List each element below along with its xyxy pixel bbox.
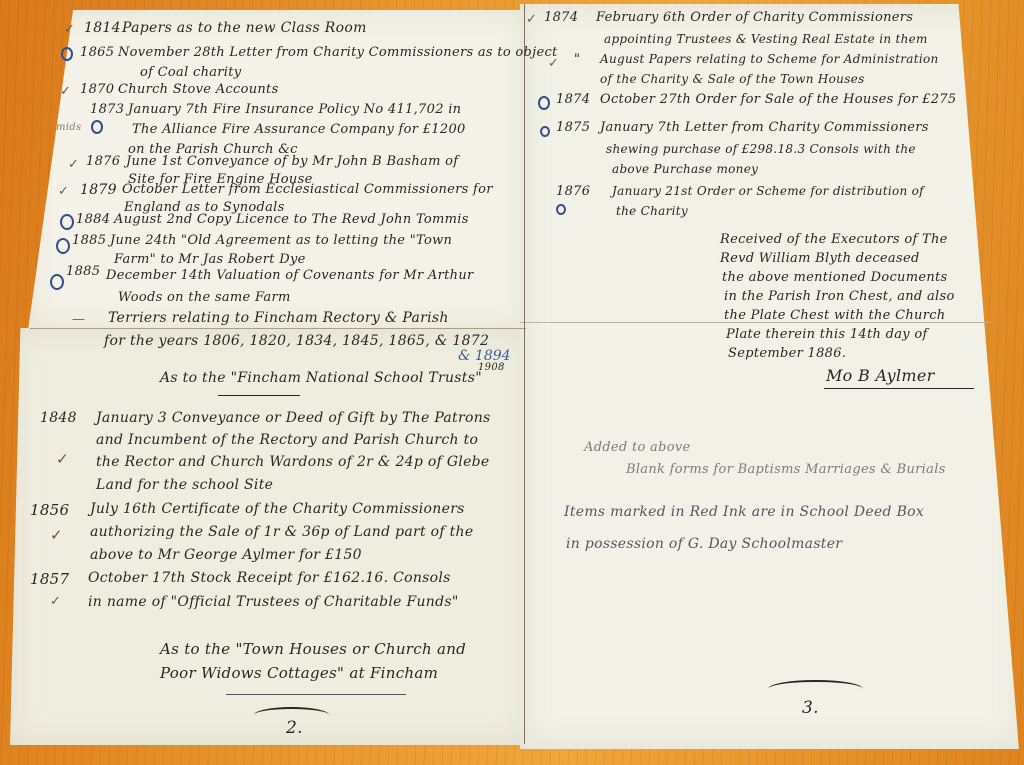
entry-year: 1857: [30, 570, 69, 588]
entry-text: August 2nd Copy Licence to The Revd John…: [114, 212, 469, 227]
entry-year: 1874: [544, 10, 578, 25]
blue-circle-mark-icon: [556, 204, 566, 215]
entry-year: 1885: [66, 264, 100, 279]
signature: Mo B Aylmer: [826, 366, 935, 385]
receipt-line: Received of the Executors of The: [720, 232, 948, 247]
entry-text-continued: Woods on the same Farm: [118, 290, 291, 305]
entry-text: October 17th Stock Receipt for £162.16. …: [88, 570, 451, 586]
pencil-note: Items marked in Red Ink are in School De…: [564, 504, 924, 520]
pencil-note: Added to above: [584, 440, 691, 455]
margin-note: mids: [56, 122, 81, 133]
page-number: 2.: [286, 718, 303, 738]
blue-circle-mark-icon: [540, 126, 550, 137]
entry-year: 1873: [90, 102, 124, 117]
entry-text: June 1st Conveyance of by Mr John B Bash…: [126, 154, 458, 169]
entry-text: October 27th Order for Sale of the House…: [600, 92, 956, 107]
checkmark-icon: ✓: [58, 184, 69, 199]
entry-text: December 14th Valuation of Covenants for…: [106, 268, 474, 283]
entry-text: October Letter from Ecclesiastical Commi…: [122, 182, 493, 197]
entry-text: January 21st Order or Scheme for distrib…: [612, 184, 924, 198]
checkmark-icon: ✓: [60, 84, 71, 99]
receipt-line: Revd William Blyth deceased: [720, 251, 920, 266]
blue-circle-mark-icon: [50, 274, 64, 290]
entry-year: 1870: [80, 82, 114, 97]
horizontal-fold-crease: [30, 328, 526, 329]
entry-text: January 7th Letter from Charity Commissi…: [600, 120, 929, 135]
entry-text: Terriers relating to Fincham Rectory & P…: [108, 310, 449, 326]
entry-text-continued: and Incumbent of the Rectory and Parish …: [96, 432, 478, 448]
entry-text: Papers as to the new Class Room: [122, 20, 367, 36]
checkmark-icon: ✓: [50, 594, 61, 609]
entry-text-continued: the Charity: [616, 204, 688, 218]
receipt-line: Plate therein this 14th day of: [726, 327, 928, 342]
entry-text-continued: appointing Trustees & Vesting Real Estat…: [604, 32, 928, 46]
receipt-line: the above mentioned Documents: [722, 270, 948, 285]
receipt-line: September 1886.: [728, 346, 846, 361]
entry-year: 1814: [84, 20, 121, 36]
signature-underline: [824, 388, 974, 389]
entry-year: 1874: [556, 92, 590, 107]
entry-year: 1884: [76, 212, 110, 227]
entry-text: February 6th Order of Charity Commission…: [596, 10, 913, 25]
checkmark-icon: ✓: [50, 526, 63, 544]
entry-text: January 7th Fire Insurance Policy No 411…: [128, 102, 461, 117]
entry-text-continued: The Alliance Fire Assurance Company for …: [132, 122, 466, 137]
entry-year: 1876: [556, 184, 590, 199]
checkmark-icon: ✓: [68, 157, 79, 172]
entry-text: July 16th Certificate of the Charity Com…: [90, 501, 465, 517]
entry-text-continued: above Purchase money: [612, 162, 758, 176]
checkmark-icon: ✓: [64, 22, 75, 37]
entry-text: Church Stove Accounts: [118, 82, 279, 97]
blue-circle-mark-icon: [61, 47, 73, 61]
checkmark-icon: ✓: [56, 450, 69, 468]
entry-text: January 3 Conveyance or Deed of Gift by …: [96, 410, 491, 426]
blue-circle-mark-icon: [538, 96, 550, 110]
entry-text-continued: authorizing the Sale of 1r & 36p of Land…: [90, 524, 473, 540]
receipt-line: in the Parish Iron Chest, and also: [724, 289, 955, 304]
entry-text: June 24th "Old Agreement as to letting t…: [110, 233, 452, 248]
section-heading-school: As to the "Fincham National School Trust…: [160, 370, 482, 386]
section-heading-houses: As to the "Town Houses or Church and: [160, 640, 466, 658]
center-fold-line: [524, 4, 525, 744]
checkmark-icon: ✓: [548, 56, 559, 71]
entry-year: 1865: [80, 45, 114, 60]
entry-year: 1876: [86, 154, 120, 169]
dash-mark-icon: —: [72, 312, 85, 327]
entry-text-continued: in name of "Official Trustees of Charita…: [88, 594, 459, 610]
entry-text-continued: of Coal charity: [140, 65, 241, 80]
entry-text: August Papers relating to Scheme for Adm…: [600, 52, 939, 66]
entry-year: 1875: [556, 120, 590, 135]
entry-year: 1848: [40, 410, 77, 426]
entry-year: ": [574, 52, 580, 67]
entry-year: 1856: [30, 501, 69, 519]
pencil-note: Blank forms for Baptisms Marriages & Bur…: [626, 462, 946, 477]
entry-text-continued: shewing purchase of £298.18.3 Consols wi…: [606, 142, 916, 156]
blue-circle-mark-icon: [60, 214, 74, 230]
entry-text: November 28th Letter from Charity Commis…: [118, 45, 558, 60]
entry-year: 1885: [72, 233, 106, 248]
entry-text-continued: the Rector and Church Wardons of 2r & 24…: [96, 454, 490, 470]
section-heading-houses: Poor Widows Cottages" at Fincham: [160, 664, 438, 682]
entry-text-continued: above to Mr George Aylmer for £150: [90, 547, 362, 563]
entry-text-continued: for the years 1806, 1820, 1834, 1845, 18…: [104, 333, 489, 349]
checkmark-icon: ✓: [526, 12, 537, 27]
heading-underline: [218, 395, 300, 396]
blue-circle-mark-icon: [91, 120, 103, 134]
entry-year: 1879: [80, 182, 117, 198]
entry-text-continued: of the Charity & Sale of the Town Houses: [600, 72, 865, 86]
pencil-note: in possession of G. Day Schoolmaster: [566, 536, 842, 552]
page-number-flourish: [768, 680, 863, 698]
receipt-line: the Plate Chest with the Church: [724, 308, 945, 323]
page-number: 3.: [802, 698, 819, 718]
entry-text-continued: Farm" to Mr Jas Robert Dye: [114, 252, 306, 267]
heading-year-note: 1908: [478, 362, 505, 373]
blue-circle-mark-icon: [56, 238, 70, 254]
heading-underline: [226, 694, 406, 695]
entry-text-continued: Land for the school Site: [96, 477, 273, 493]
right-page: [520, 4, 1024, 749]
